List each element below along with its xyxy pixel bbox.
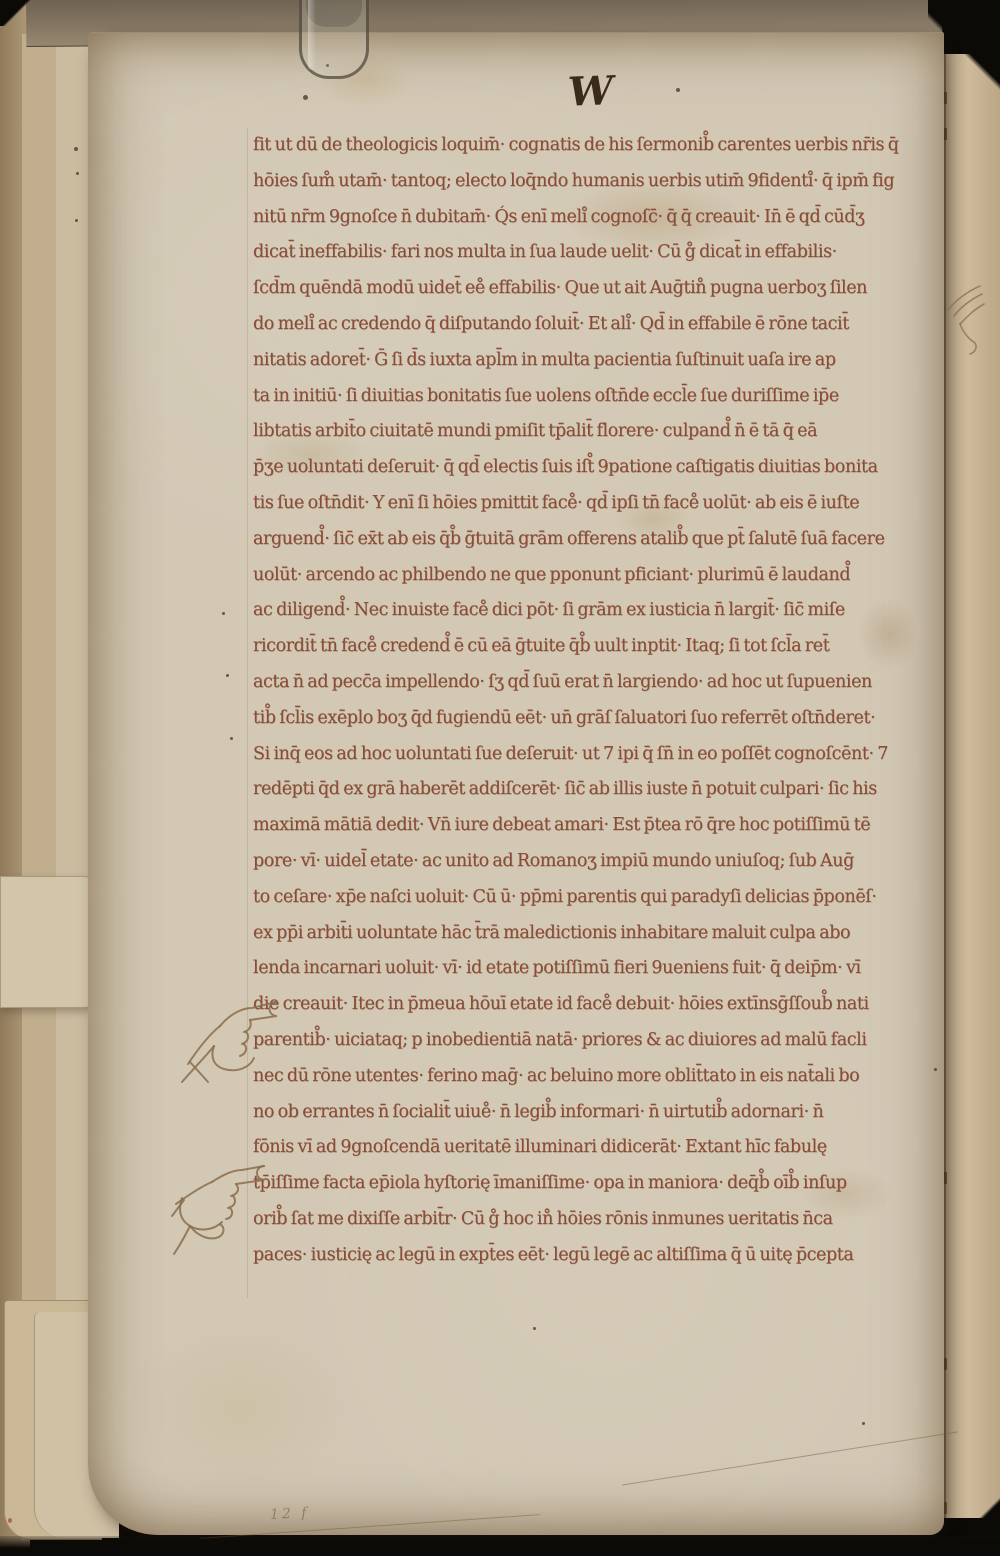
text-line: redēpti q̄d ex grā haberēt addiſcerēt· ſ… (253, 772, 953, 808)
manuscript-photo: W fit ut dū de theologicis loquim̄· cogn… (0, 0, 1000, 1556)
left-protruding-page-tab (0, 876, 100, 1008)
text-line: acta n̄ ad pecc̄a impellendo· ſʒ qd̄ ſuū… (253, 665, 953, 701)
plastic-clip (299, 0, 369, 79)
red-ink-speck (8, 1518, 12, 1523)
text-line: ſcd̄m quēndā modū uidet̄ ee̊ effabilis· … (253, 271, 953, 307)
text-line: arguend̊· ſic̄ ex̄t ab eis q̄b̊ ḡtuitā g… (253, 522, 953, 558)
text-line: libtatis arbit̄o ciuitatē mundi pmiſit t… (253, 414, 953, 450)
photo-bottom-edge (0, 1536, 1000, 1556)
text-line: p̄ʒe uoluntati deſeruit· q̄ qd̄ electis … (253, 450, 953, 486)
quire-mark: W (565, 67, 614, 115)
text-line: tib̊ ſcl̄is exēplo boʒ q̄d fugiendū eēt·… (253, 701, 953, 737)
manicule-pointing-hand-icon (180, 972, 288, 1090)
text-line: do meli̊ ac credendo q̄ diſputando ſolui… (253, 307, 953, 343)
photo-corner-top-right (928, 0, 1000, 102)
fore-edge-notch (944, 1358, 947, 1370)
ruled-margin-line (247, 128, 248, 1298)
fore-edge-notch (944, 1502, 947, 1514)
photo-corner-bottom-right (958, 1488, 1000, 1542)
text-line: maximā mātiā dedit· Vn̄ iure debeat amar… (253, 808, 953, 844)
text-line: paces· iusticię ac legū in expt̄es eēt· … (253, 1238, 953, 1274)
text-line: no ob errantes n̄ ſocialit̄ uiue̊· n̄ le… (253, 1095, 953, 1131)
manuscript-text-block: fit ut dū de theologicis loquim̄· cognat… (253, 128, 953, 1274)
text-line: parentib̊· uiciataq; p inobedientiā natā… (253, 1023, 953, 1059)
text-line: pore· vī· uidel̄ etate· ac unito ad Roma… (253, 844, 953, 880)
text-line: fit ut dū de theologicis loquim̄· cognat… (253, 128, 953, 164)
text-line: tis ſue oſtn̄dit· Y enī ſi hōies pmittit… (253, 486, 953, 522)
text-line: ac diligend̊· Nec inuiste face̊ dici pōt… (253, 593, 953, 629)
text-line: fōnis vī ad 9gnoſcendā ueritatē illumina… (253, 1130, 953, 1166)
text-line: nitatis adoret̄· Ḡ ſi d̄s iuxta apl̄m in… (253, 343, 953, 379)
right-margin-hand-sketch-icon (940, 280, 986, 356)
text-line: tp̄iſſime facta ep̄iola hyſtorię īmaniſſ… (253, 1166, 953, 1202)
text-line: nitū nr̄m 9gnoſce n̄ dubitam̄· Q́s enī m… (253, 200, 953, 236)
text-line: Si inq̄ eos ad hoc uoluntati ſue deſerui… (253, 737, 953, 773)
folio-number-inscription: 12 f (270, 1505, 310, 1523)
manicule-pointing-hand-icon (170, 1156, 272, 1262)
text-line: dicat̄ ineffabilis· fari nos multa in ſu… (253, 235, 953, 271)
text-line: orib̊ ſat me dixiſſe arbit̄r· Cū g̊ hoc … (253, 1202, 953, 1238)
photo-corner-top-left (0, 0, 44, 26)
text-line: lenda incarnari uoluit· vī· id etate pot… (253, 951, 953, 987)
text-line: nec dū rōne utentes· ferino maḡ· ac belu… (253, 1059, 953, 1095)
text-line: to ceſare· xp̄e naſci uoluit· Cū ū· pp̄m… (253, 880, 953, 916)
text-line: ricordit̄ tn̄ face̊ credend̊ ē cū eā ḡtu… (253, 629, 953, 665)
text-line: die creauit· Itec in p̄meua hōuī etate i… (253, 987, 953, 1023)
text-line: hōies ſum̊ utam̄· tantoq; electo loq̄ndo… (253, 164, 953, 200)
text-line: uolūt· arcendo ac philbendo ne que pponu… (253, 558, 953, 594)
text-line: ex pp̄i arbit̄i uoluntate hāc t̄rā maled… (253, 916, 953, 952)
text-line: ta in initiū· ſi diuitias bonitatis ſue … (253, 379, 953, 415)
